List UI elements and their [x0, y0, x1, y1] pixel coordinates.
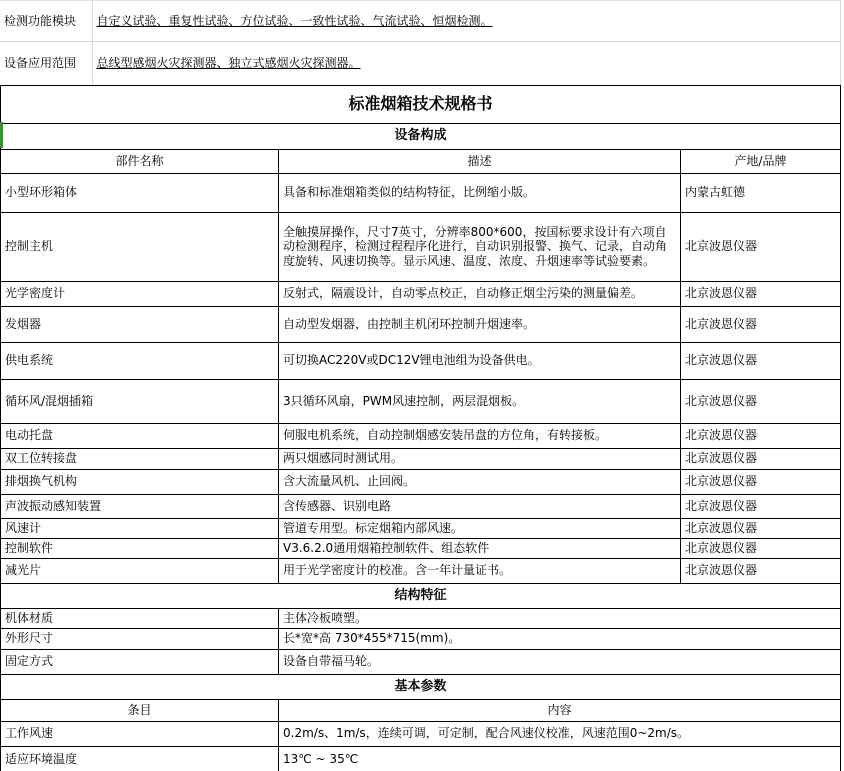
part-name-cell[interactable]: 外形尺寸	[1, 628, 279, 649]
part-name-cell[interactable]: 光学密度计	[1, 281, 279, 306]
spec-sheet: 检测功能模块 自定义试验、重复性试验、方位试验、一致性试验、气流试验、恒烟检测。…	[0, 0, 844, 771]
param-name-cell[interactable]: 工作风速	[1, 721, 279, 746]
table-row: 标准烟箱技术规格书	[1, 85, 841, 123]
table-row: 适应环境温度 13℃ ~ 35℃	[1, 746, 841, 771]
table-row: 小型环形箱体 具备和标准烟箱类似的结构特征，比例缩小版。 内蒙古虹德	[1, 173, 841, 212]
part-name-cell[interactable]: 循环风/混烟插箱	[1, 379, 279, 423]
part-name-cell[interactable]: 小型环形箱体	[1, 173, 279, 212]
part-brand-cell[interactable]: 内蒙古虹德	[681, 173, 841, 212]
part-name-cell[interactable]: 声波振动感知装置	[1, 494, 279, 518]
field-label-cell[interactable]: 设备应用范围	[0, 42, 92, 85]
part-desc-cell[interactable]: 用于光学密度计的校准。含一年计量证书。	[279, 558, 681, 583]
table-row: 供电系统 可切换AC220V或DC12V锂电池组为设备供电。 北京波恩仪器	[1, 342, 841, 379]
section-header-parameters[interactable]: 基本参数	[1, 674, 841, 699]
part-name-cell[interactable]: 发烟器	[1, 306, 279, 342]
part-name-cell[interactable]: 风速计	[1, 518, 279, 538]
part-desc-cell[interactable]: 设备自带福马轮。	[279, 649, 841, 674]
part-desc-cell[interactable]: 3只循环风扇，PWM风速控制，两层混烟板。	[279, 379, 681, 423]
table-row: 设备构成	[1, 123, 841, 149]
col-header-description[interactable]: 描述	[279, 149, 681, 173]
param-desc-cell[interactable]: 13℃ ~ 35℃	[279, 746, 841, 771]
part-desc-cell[interactable]: V3.6.2.0通用烟箱控制软件、组态软件	[279, 538, 681, 558]
table-row: 控制软件 V3.6.2.0通用烟箱控制软件、组态软件 北京波恩仪器	[1, 538, 841, 558]
selection-indicator	[0, 122, 3, 148]
table-row: 风速计 管道专用型。标定烟箱内部风速。 北京波恩仪器	[1, 518, 841, 538]
part-desc-cell[interactable]: 自动型发烟器，由控制主机闭环控制升烟速率。	[279, 306, 681, 342]
part-name-cell[interactable]: 供电系统	[1, 342, 279, 379]
part-desc-cell[interactable]: 两只烟感同时测试用。	[279, 448, 681, 469]
table-row: 减光片 用于光学密度计的校准。含一年计量证书。 北京波恩仪器	[1, 558, 841, 583]
part-name-cell[interactable]: 电动托盘	[1, 423, 279, 448]
field-value-link[interactable]: 总线型感烟火灾探测器、独立式感烟火灾探测器。	[92, 42, 840, 85]
part-name-cell[interactable]: 控制软件	[1, 538, 279, 558]
part-brand-cell[interactable]: 北京波恩仪器	[681, 494, 841, 518]
part-name-cell[interactable]: 机体材质	[1, 608, 279, 628]
part-name-cell[interactable]: 减光片	[1, 558, 279, 583]
table-row: 设备应用范围 总线型感烟火灾探测器、独立式感烟火灾探测器。	[0, 42, 840, 85]
part-desc-cell[interactable]: 可切换AC220V或DC12V锂电池组为设备供电。	[279, 342, 681, 379]
table-row: 光学密度计 反射式，隔震设计，自动零点校正，自动修正烟尘污染的测量偏差。 北京波…	[1, 281, 841, 306]
part-name-cell[interactable]: 双工位转接盘	[1, 448, 279, 469]
table-row: 排烟换气机构 含大流量风机、止回阀。 北京波恩仪器	[1, 469, 841, 494]
field-value-link[interactable]: 自定义试验、重复性试验、方位试验、一致性试验、气流试验、恒烟检测。	[92, 1, 840, 42]
part-desc-cell[interactable]: 长*宽*高 730*455*715(mm)。	[279, 628, 841, 649]
part-brand-cell[interactable]: 北京波恩仪器	[681, 306, 841, 342]
part-desc-cell[interactable]: 全触摸屏操作，尺寸7英寸，分辨率800*600，按国标要求设计有六项自动检测程序…	[279, 212, 681, 281]
part-brand-cell[interactable]: 北京波恩仪器	[681, 342, 841, 379]
table-row: 工作风速 0.2m/s、1m/s，连续可调，可定制，配合风速仪校准，风速范围0~…	[1, 721, 841, 746]
part-brand-cell[interactable]: 北京波恩仪器	[681, 423, 841, 448]
part-brand-cell[interactable]: 北京波恩仪器	[681, 281, 841, 306]
spec-table: 标准烟箱技术规格书 设备构成 部件名称 描述 产地/品牌 小型环形箱体 具备和标…	[0, 85, 841, 771]
col-header-brand[interactable]: 产地/品牌	[681, 149, 841, 173]
part-brand-cell[interactable]: 北京波恩仪器	[681, 538, 841, 558]
part-brand-cell[interactable]: 北京波恩仪器	[681, 518, 841, 538]
table-row: 部件名称 描述 产地/品牌	[1, 149, 841, 173]
table-row: 基本参数	[1, 674, 841, 699]
top-info-table: 检测功能模块 自定义试验、重复性试验、方位试验、一致性试验、气流试验、恒烟检测。…	[0, 0, 841, 85]
param-name-cell[interactable]: 适应环境温度	[1, 746, 279, 771]
part-brand-cell[interactable]: 北京波恩仪器	[681, 558, 841, 583]
table-row: 电动托盘 伺服电机系统，自动控制烟感安装吊盘的方位角，有转接板。 北京波恩仪器	[1, 423, 841, 448]
col-header-item[interactable]: 条目	[1, 699, 279, 721]
part-desc-cell[interactable]: 反射式，隔震设计，自动零点校正，自动修正烟尘污染的测量偏差。	[279, 281, 681, 306]
part-name-cell[interactable]: 排烟换气机构	[1, 469, 279, 494]
col-header-content[interactable]: 内容	[279, 699, 841, 721]
table-row: 检测功能模块 自定义试验、重复性试验、方位试验、一致性试验、气流试验、恒烟检测。	[0, 1, 840, 42]
part-desc-cell[interactable]: 含传感器、识别电路	[279, 494, 681, 518]
table-row: 循环风/混烟插箱 3只循环风扇，PWM风速控制，两层混烟板。 北京波恩仪器	[1, 379, 841, 423]
table-row: 控制主机 全触摸屏操作，尺寸7英寸，分辨率800*600，按国标要求设计有六项自…	[1, 212, 841, 281]
part-name-cell[interactable]: 固定方式	[1, 649, 279, 674]
table-row: 声波振动感知装置 含传感器、识别电路 北京波恩仪器	[1, 494, 841, 518]
part-brand-cell[interactable]: 北京波恩仪器	[681, 448, 841, 469]
part-name-cell[interactable]: 控制主机	[1, 212, 279, 281]
part-brand-cell[interactable]: 北京波恩仪器	[681, 379, 841, 423]
field-label-cell[interactable]: 检测功能模块	[0, 1, 92, 42]
part-desc-cell[interactable]: 伺服电机系统，自动控制烟感安装吊盘的方位角，有转接板。	[279, 423, 681, 448]
part-desc-cell[interactable]: 主体冷板喷塑。	[279, 608, 841, 628]
doc-title[interactable]: 标准烟箱技术规格书	[1, 85, 841, 123]
section-header-structure[interactable]: 结构特征	[1, 583, 841, 608]
table-row: 固定方式 设备自带福马轮。	[1, 649, 841, 674]
table-row: 外形尺寸 长*宽*高 730*455*715(mm)。	[1, 628, 841, 649]
part-desc-cell[interactable]: 具备和标准烟箱类似的结构特征，比例缩小版。	[279, 173, 681, 212]
table-row: 发烟器 自动型发烟器，由控制主机闭环控制升烟速率。 北京波恩仪器	[1, 306, 841, 342]
table-row: 双工位转接盘 两只烟感同时测试用。 北京波恩仪器	[1, 448, 841, 469]
part-brand-cell[interactable]: 北京波恩仪器	[681, 469, 841, 494]
table-row: 结构特征	[1, 583, 841, 608]
part-brand-cell[interactable]: 北京波恩仪器	[681, 212, 841, 281]
param-desc-cell[interactable]: 0.2m/s、1m/s，连续可调，可定制，配合风速仪校准，风速范围0~2m/s。	[279, 721, 841, 746]
table-row: 机体材质 主体冷板喷塑。	[1, 608, 841, 628]
table-row: 条目 内容	[1, 699, 841, 721]
part-desc-cell[interactable]: 含大流量风机、止回阀。	[279, 469, 681, 494]
part-desc-cell[interactable]: 管道专用型。标定烟箱内部风速。	[279, 518, 681, 538]
col-header-part-name[interactable]: 部件名称	[1, 149, 279, 173]
section-header-equipment[interactable]: 设备构成	[1, 123, 841, 149]
